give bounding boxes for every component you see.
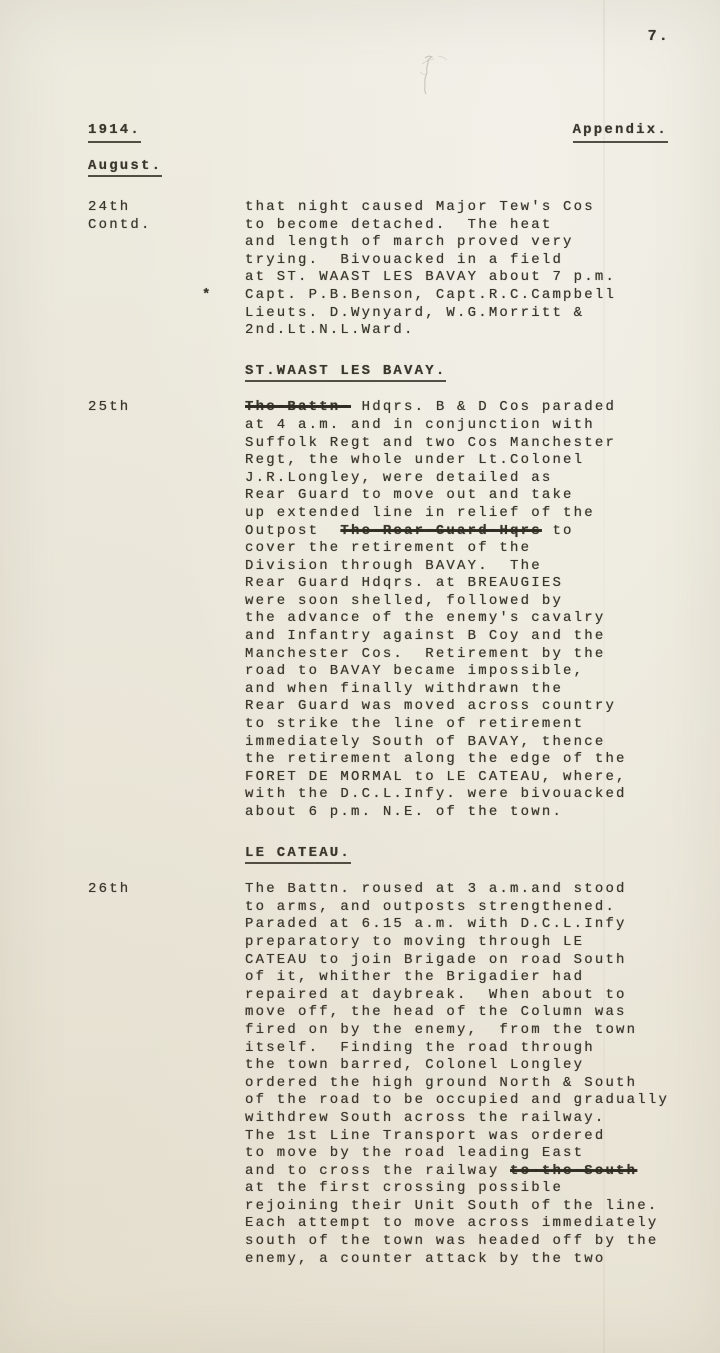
text-segment: 26th <box>88 881 130 897</box>
text-line: rejoining their Unit South of the line. <box>245 1198 720 1216</box>
text-segment: Division through BAVAY. The <box>245 558 542 574</box>
diary-entries: 24thContd. that night caused Major Tew's… <box>0 199 720 1291</box>
text-segment: fired on by the enemy, from the town <box>245 1022 637 1038</box>
text-segment: immediately South of BAVAY, thence <box>245 734 605 750</box>
text-segment: cover the retirement of the <box>245 540 531 556</box>
entry-body: The-Battn- Hdqrs. B & D Cos paradedat 4 … <box>245 399 720 821</box>
text-segment: Rear Guard to move out and take <box>245 487 574 503</box>
text-segment: the advance of the enemy's cavalry <box>245 610 605 626</box>
text-line: Contd. <box>88 217 245 235</box>
text-segment: to strike the line of retirement <box>245 716 584 732</box>
date-column: 24thContd. <box>0 199 245 340</box>
text-segment: Paraded at 6.15 a.m. with D.C.L.Infy <box>245 916 627 932</box>
heading-text: ST.WAAST LES BAVAY. <box>245 363 446 382</box>
entry-24th: 24thContd. that night caused Major Tew's… <box>0 199 720 340</box>
text-segment: the retirement along the edge of the <box>245 751 627 767</box>
text-segment: and to cross the railway <box>245 1163 510 1179</box>
appendix-label: Appendix. <box>573 122 668 143</box>
text-line: ordered the high ground North & South <box>245 1075 720 1093</box>
struck-text: to-the-South <box>510 1163 637 1179</box>
text-line: at ST. WAAST LES BAVAY about 7 p.m. <box>245 269 720 287</box>
text-line: J.R.Longley, were detailed as <box>245 470 720 488</box>
text-line: and Infantry against B Coy and the <box>245 628 720 646</box>
page-number: 7. <box>648 28 670 46</box>
text-line: Regt, the whole under Lt.Colonel <box>245 452 720 470</box>
text-line: the town barred, Colonel Longley <box>245 1057 720 1075</box>
text-line: cover the retirement of the <box>245 540 720 558</box>
text-segment: that night caused Major Tew's Cos <box>245 199 595 215</box>
text-segment: itself. Finding the road through <box>245 1040 595 1056</box>
text-segment: to <box>542 523 574 539</box>
text-line: Paraded at 6.15 a.m. with D.C.L.Infy <box>245 916 720 934</box>
entry-body: that night caused Major Tew's Costo beco… <box>245 199 720 340</box>
text-segment: Capt. P.B.Benson, Capt.R.C.Campbell <box>245 287 616 303</box>
text-segment: Manchester Cos. Retirement by the <box>245 646 605 662</box>
text-segment: 24th <box>88 199 130 215</box>
text-line: south of the town was headed off by the <box>245 1233 720 1251</box>
text-line: Division through BAVAY. The <box>245 558 720 576</box>
text-segment: Suffolk Regt and two Cos Manchester <box>245 435 616 451</box>
text-segment: with the D.C.L.Infy. were bivouacked <box>245 786 627 802</box>
text-line: and when finally withdrawn the <box>245 681 720 699</box>
text-line: immediately South of BAVAY, thence <box>245 734 720 752</box>
text-line: Suffolk Regt and two Cos Manchester <box>245 435 720 453</box>
text-segment: Lieuts. D.Wynyard, W.G.Morritt & <box>245 305 584 321</box>
entry-25th: 25th The-Battn- Hdqrs. B & D Cos paraded… <box>0 399 720 821</box>
text-segment: repaired at daybreak. When about to <box>245 987 627 1003</box>
struck-text: The-Rear-Guard-Hqrs <box>340 523 541 539</box>
text-line: were soon shelled, followed by <box>245 593 720 611</box>
text-line: at 4 a.m. and in conjunction with <box>245 417 720 435</box>
text-segment: move off, the head of the Column was <box>245 1004 627 1020</box>
text-line: Rear Guard Hdqrs. at BREAUGIES <box>245 575 720 593</box>
entry-26th: 26th The Battn. roused at 3 a.m.and stoo… <box>0 881 720 1268</box>
text-line: trying. Bivouacked in a field <box>245 252 720 270</box>
text-segment: enemy, a counter attack by the two <box>245 1251 605 1267</box>
text-line: road to BAVAY became impossible, <box>245 663 720 681</box>
text-segment: ordered the high ground North & South <box>245 1075 637 1091</box>
text-line: FORET DE MORMAL to LE CATEAU, where, <box>245 769 720 787</box>
section-heading-le-cateau: LE CATEAU. <box>245 845 720 863</box>
text-segment: Outpost <box>245 523 340 539</box>
text-segment: 2nd.Lt.N.L.Ward. <box>245 322 415 338</box>
text-line: The 1st Line Transport was ordered <box>245 1128 720 1146</box>
month-row: August. <box>88 158 162 176</box>
text-line: to arms, and outposts strengthened. <box>245 899 720 917</box>
text-line: Each attempt to move across immediately <box>245 1215 720 1233</box>
text-line: of the road to be occupied and gradually <box>245 1092 720 1110</box>
text-segment: CATEAU to join Brigade on road South <box>245 952 627 968</box>
text-line: fired on by the enemy, from the town <box>245 1022 720 1040</box>
text-line: withdrew South across the railway. <box>245 1110 720 1128</box>
text-segment: trying. Bivouacked in a field <box>245 252 563 268</box>
text-segment: Rear Guard was moved across country <box>245 698 616 714</box>
text-line: 24th <box>88 199 245 217</box>
text-line: of it, whither the Brigadier had <box>245 969 720 987</box>
text-segment: of it, whither the Brigadier had <box>245 969 584 985</box>
text-segment: were soon shelled, followed by <box>245 593 563 609</box>
text-segment: and Infantry against B Coy and the <box>245 628 605 644</box>
text-line: to become detached. The heat <box>245 217 720 235</box>
text-segment: to arms, and outposts strengthened. <box>245 899 616 915</box>
text-line: Outpost The-Rear-Guard-Hqrs to <box>245 523 720 541</box>
text-line: to strike the line of retirement <box>245 716 720 734</box>
text-line: the retirement along the edge of the <box>245 751 720 769</box>
text-segment: south of the town was headed off by the <box>245 1233 658 1249</box>
text-line: The Battn. roused at 3 a.m.and stood <box>245 881 720 899</box>
text-line: enemy, a counter attack by the two <box>245 1251 720 1269</box>
text-segment: Each attempt to move across immediately <box>245 1215 658 1231</box>
text-segment: J.R.Longley, were detailed as <box>245 470 552 486</box>
text-segment: road to BAVAY became impossible, <box>245 663 584 679</box>
text-line: the advance of the enemy's cavalry <box>245 610 720 628</box>
text-segment: to move by the road leading East <box>245 1145 584 1161</box>
section-heading-st-waast: ST.WAAST LES BAVAY. <box>245 363 720 381</box>
text-segment: the town barred, Colonel Longley <box>245 1057 584 1073</box>
text-line: Rear Guard was moved across country <box>245 698 720 716</box>
text-segment: withdrew South across the railway. <box>245 1110 605 1126</box>
text-segment: 25th <box>88 399 130 415</box>
text-segment: about 6 p.m. N.E. of the town. <box>245 804 563 820</box>
text-segment: FORET DE MORMAL to LE CATEAU, where, <box>245 769 627 785</box>
asterisk-marker: * <box>202 287 213 305</box>
text-segment: at ST. WAAST LES BAVAY about 7 p.m. <box>245 269 616 285</box>
text-line: with the D.C.L.Infy. were bivouacked <box>245 786 720 804</box>
text-line: CATEAU to join Brigade on road South <box>245 952 720 970</box>
text-line: 25th <box>88 399 245 417</box>
text-line: and length of march proved very <box>245 234 720 252</box>
text-line: to move by the road leading East <box>245 1145 720 1163</box>
text-line: Rear Guard to move out and take <box>245 487 720 505</box>
text-segment: at the first crossing possible <box>245 1180 563 1196</box>
text-segment: and length of march proved very <box>245 234 574 250</box>
text-line: and to cross the railway to-the-South <box>245 1163 720 1181</box>
text-segment: Regt, the whole under Lt.Colonel <box>245 452 584 468</box>
text-segment: Rear Guard Hdqrs. at BREAUGIES <box>245 575 563 591</box>
text-line: at the first crossing possible <box>245 1180 720 1198</box>
text-line: 2nd.Lt.N.L.Ward. <box>245 322 720 340</box>
text-line: move off, the head of the Column was <box>245 1004 720 1022</box>
text-line: itself. Finding the road through <box>245 1040 720 1058</box>
year-label: 1914. <box>88 122 141 143</box>
text-line: Lieuts. D.Wynyard, W.G.Morritt & <box>245 305 720 323</box>
text-line: repaired at daybreak. When about to <box>245 987 720 1005</box>
heading-text: LE CATEAU. <box>245 845 351 864</box>
text-segment: and when finally withdrawn the <box>245 681 563 697</box>
text-line: 26th <box>88 881 245 899</box>
text-segment: up extended line in relief of the <box>245 505 595 521</box>
text-segment: at 4 a.m. and in conjunction with <box>245 417 595 433</box>
text-segment: The Battn. roused at 3 a.m.and stood <box>245 881 627 897</box>
text-segment: preparatory to moving through LE <box>245 934 584 950</box>
struck-text: The-Battn- <box>245 399 351 415</box>
date-column: 26th <box>0 881 245 1268</box>
text-line: that night caused Major Tew's Cos <box>245 199 720 217</box>
text-line: up extended line in relief of the <box>245 505 720 523</box>
text-line: Manchester Cos. Retirement by the <box>245 646 720 664</box>
document-page: 7. 1914. Appendix. August. 24thContd. th… <box>0 0 720 1353</box>
text-segment: to become detached. The heat <box>245 217 552 233</box>
text-segment: of the road to be occupied and gradually <box>245 1092 669 1108</box>
text-segment: The 1st Line Transport was ordered <box>245 1128 605 1144</box>
text-line: preparatory to moving through LE <box>245 934 720 952</box>
entry-body: The Battn. roused at 3 a.m.and stoodto a… <box>245 881 720 1268</box>
text-line: about 6 p.m. N.E. of the town. <box>245 804 720 822</box>
date-column: 25th <box>0 399 245 821</box>
text-line: *Capt. P.B.Benson, Capt.R.C.Campbell <box>245 287 720 305</box>
text-segment: Contd. <box>88 217 152 233</box>
text-segment: rejoining their Unit South of the line. <box>245 1198 658 1214</box>
month-label: August. <box>88 158 162 177</box>
text-line: The-Battn- Hdqrs. B & D Cos paraded <box>245 399 720 417</box>
text-segment: Hdqrs. B & D Cos paraded <box>351 399 616 415</box>
header-row: 1914. Appendix. <box>88 122 668 143</box>
